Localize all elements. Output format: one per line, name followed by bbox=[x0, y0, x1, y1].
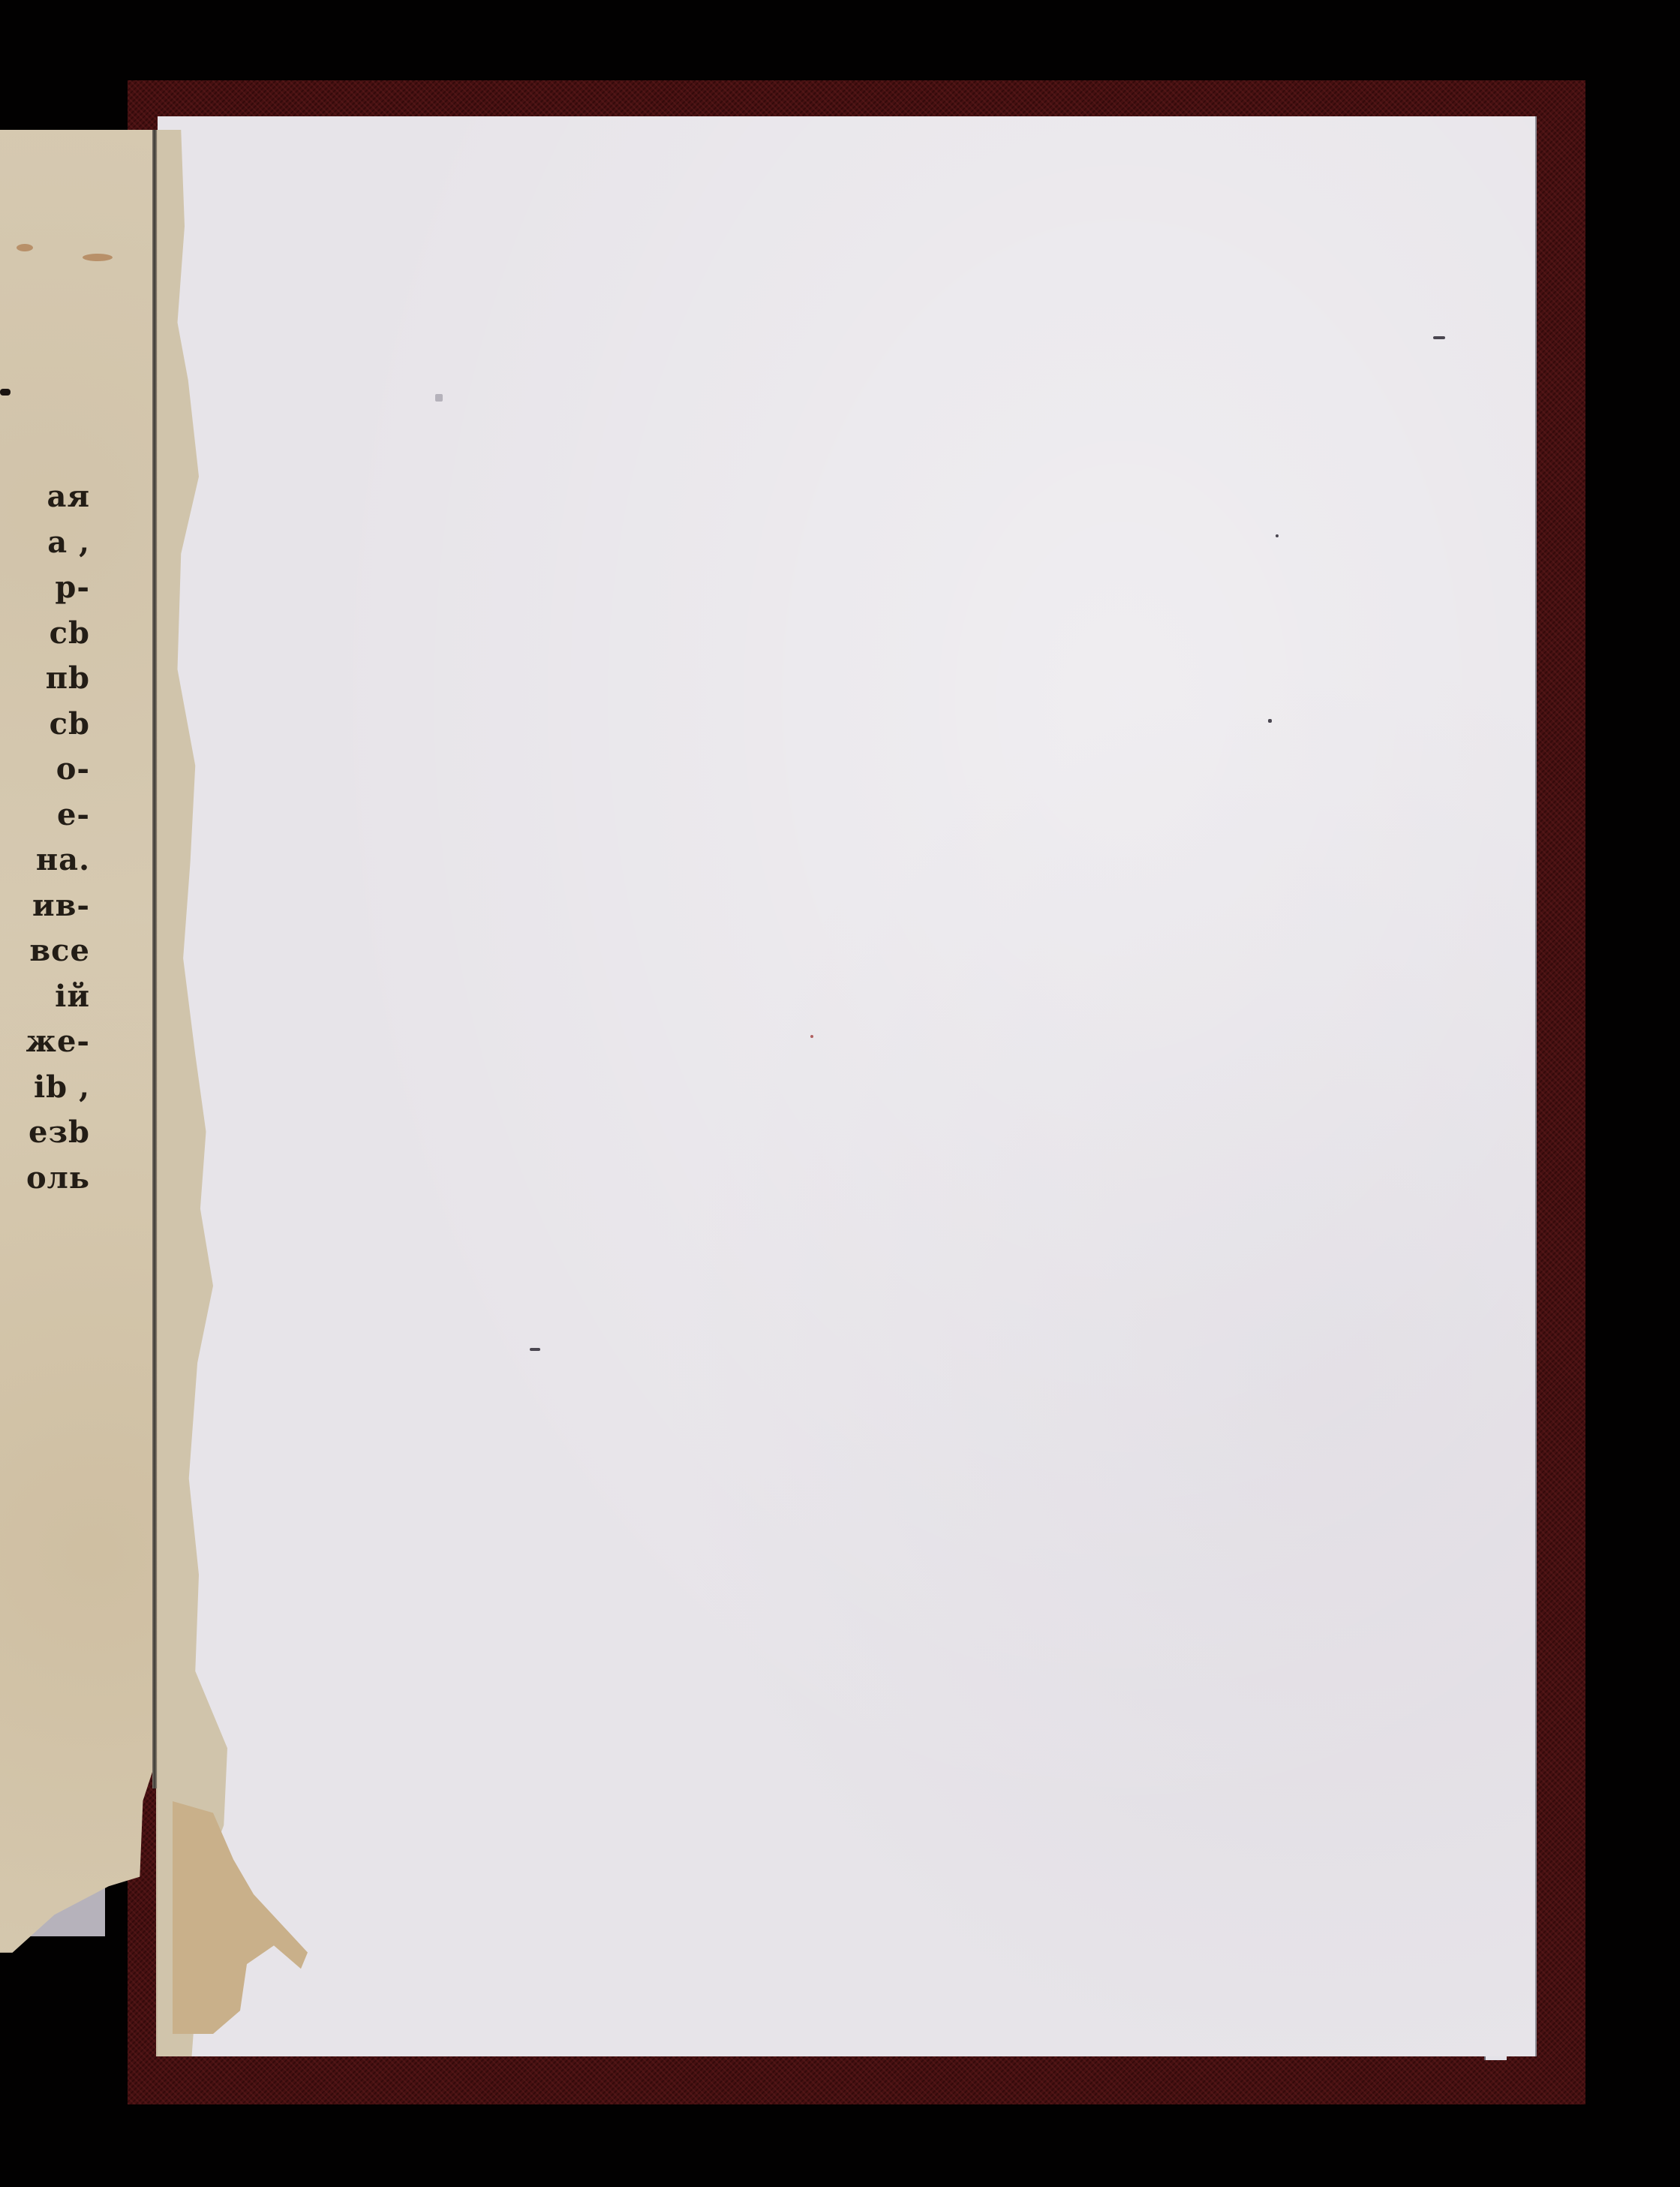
text-line: ив- bbox=[0, 883, 90, 929]
speck bbox=[1276, 534, 1279, 537]
text-line: оль bbox=[0, 1156, 90, 1202]
speck bbox=[530, 1348, 540, 1351]
gutter-line bbox=[152, 130, 157, 1788]
speck bbox=[1268, 719, 1272, 723]
speck bbox=[1433, 336, 1445, 339]
stain bbox=[83, 254, 113, 261]
text-line: сb bbox=[0, 702, 90, 748]
text-line: ая bbox=[0, 474, 90, 520]
stain bbox=[17, 244, 33, 251]
text-line: же- bbox=[0, 1019, 90, 1065]
text-line: сb bbox=[0, 611, 90, 657]
text-line: а , bbox=[0, 520, 90, 566]
text-fragment-column: ая а , р- сb пb сb о- е- на. ив- все ій … bbox=[0, 474, 90, 1201]
text-line: р- bbox=[0, 565, 90, 611]
text-line: пb bbox=[0, 656, 90, 702]
text-line: все bbox=[0, 928, 90, 974]
text-line: е- bbox=[0, 793, 90, 838]
text-line: іb , bbox=[0, 1065, 90, 1111]
blank-flyleaf-page bbox=[158, 116, 1537, 2056]
text-line: на. bbox=[0, 838, 90, 883]
text-line: езb bbox=[0, 1110, 90, 1156]
text-line: ій bbox=[0, 974, 90, 1020]
speck bbox=[810, 1035, 813, 1038]
ink-mark bbox=[0, 389, 11, 396]
text-line: о- bbox=[0, 747, 90, 793]
speck bbox=[435, 394, 443, 402]
